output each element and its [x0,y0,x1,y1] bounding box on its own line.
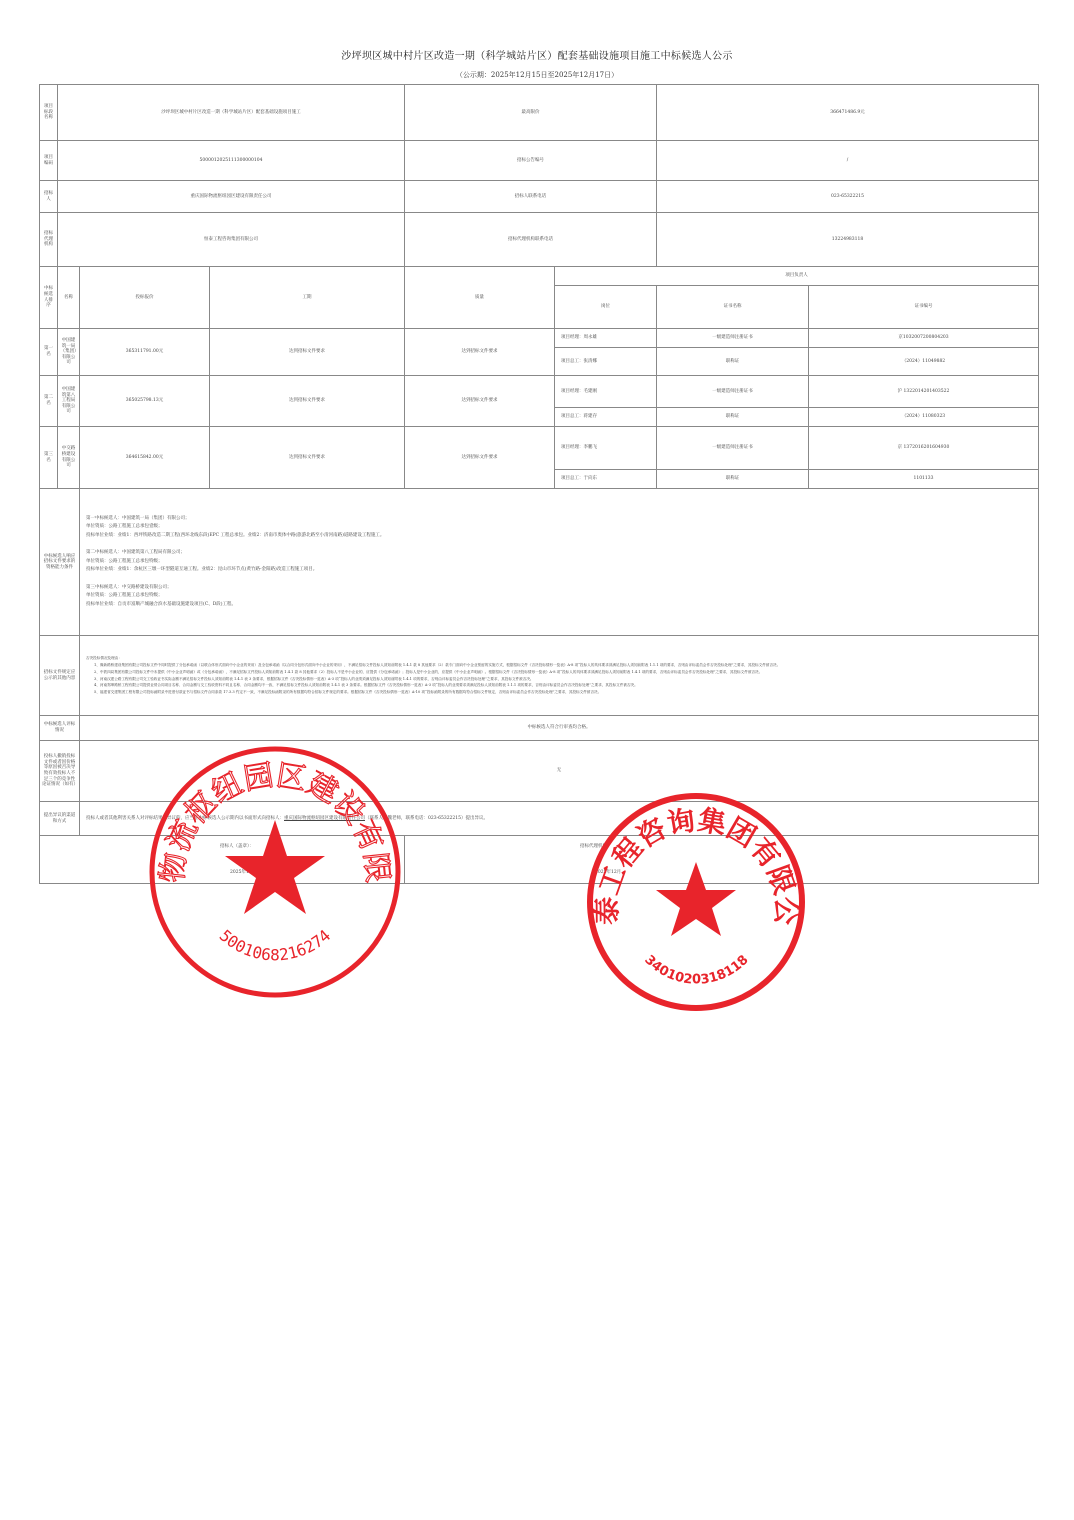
candidate-row: 第一名 中国建筑一局（集团）有限公司 365311791.00元 达到招标文件要… [40,329,1039,348]
candidates-header-row1: 中标候选人排序 名称 投标报价 工期 质量 项目负责人 [40,267,1039,286]
info-label2: 招标人联系电话 [405,181,657,213]
agency-date: 2025年12月 [595,870,621,876]
staff-position: 项目经理：李鹏飞 [555,427,657,470]
staff-cert-name: 职称证 [657,408,809,427]
info-value: 沙坪坝区城中村片区改造一期（科学城站片区）配套基础设施项目施工 [58,85,405,141]
qualification-content: 第一中标候选人：中国建筑一局（集团）有限公司； 单位资质：公路工程施工总承包壹级… [80,489,1039,636]
staff-cert-no: 京 1372016201604930 [809,427,1039,470]
seal-code-text: 5001068216274 [216,926,335,965]
info-value: 5000012025111300000104 [58,141,405,181]
candidate-quality: 达到招标文件要求 [405,376,555,427]
qual-line: 单位资质：公路工程施工总承包壹级； [86,523,1036,532]
info-value: 重庆国际物流枢纽园区建设有限责任公司 [58,181,405,213]
objection-label: 提出异议的渠道和方式 [40,802,80,836]
info-label: 招标代理机构 [40,213,58,267]
candidate-bid-price: 364615842.00元 [80,427,210,489]
evaluation-row: 中标候选人评标情况 中标候选人符合行审查均合格。 [40,716,1039,741]
page-title: 沙坪坝区城中村片区改造一期（科学城站片区）配套基础设施项目施工中标候选人公示 [0,47,1074,62]
staff-cert-name: 一级建造师注册证书 [657,376,809,408]
svg-text:5001068216274: 5001068216274 [216,926,335,965]
adjustment-row: 投标人撤销投标文件或者因价格等原因被否决导致有效投标人不足三个的竞争性论证情况（… [40,741,1039,802]
staff-cert-no: 1101133 [809,470,1039,489]
staff-cert-no: 京1032007200804203 [809,329,1039,348]
tenderer-name-link: 重庆国际物流枢纽园区建设有限责任公司 [284,816,365,821]
staff-position: 项目总工：张清娜 [555,348,657,376]
qualification-row: 中标候选人响应招标文件要求的资格能力条件 第一中标候选人：中国建筑一局（集团）有… [40,489,1039,636]
info-label2: 最高限价 [405,85,657,141]
objection-content: 投标人或者其他利害关系人对评标结果有异议的，应当在中标候选人公示期内以书面形式向… [80,802,1039,836]
info-value: 恒泰工程咨询集团有限公司 [58,213,405,267]
qual-line: 投标单位业绩：自贡市富顺产城融合滨水基础设施建设项目(C、D段)工程。 [86,601,1036,610]
seal-code-text: 3401020318118 [641,953,751,988]
announcement-table: 项目标段名称 沙坪坝区城中村片区改造一期（科学城站片区）配套基础设施项目施工 最… [39,84,1039,884]
rank-header: 中标候选人排序 [40,267,58,329]
tenderer-date: 2025年12月 [230,870,256,876]
info-row-project: 项目标段名称 沙坪坝区城中村片区改造一期（科学城站片区）配套基础设施项目施工 最… [40,85,1039,141]
candidate-row: 第三名 中交路桥建设有限公司 364615842.00元 达到招标文件要求 达到… [40,427,1039,470]
quality-header: 质量 [405,267,555,329]
info-label: 项目编码 [40,141,58,181]
candidate-row: 第二名 中国建筑第八工程局有限公司 365025798.13元 达到招标文件要求… [40,376,1039,408]
rejection-item: 4、河南郑坤路桥工程有限公司提供业绩合同项目名称、合同金额与交工验收资料不同且名… [86,682,1036,689]
qual-line: 第三中标候选人：中交路桥建设有限公司； [86,584,1036,593]
rejection-item: 5、福建省交建集团工程有限公司投标函附录中进度付款证书与招标文件合同条款 17.… [86,689,1036,696]
adjustment-label: 投标人撤销投标文件或者因价格等原因被否决导致有效投标人不足三个的竞争性论证情况（… [40,741,80,802]
qual-line: 单位资质：公路工程施工总承包特级； [86,558,1036,567]
candidate-duration: 达到招标文件要求 [210,329,405,376]
info-label: 项目标段名称 [40,85,58,141]
info-row-tenderer: 招标人 重庆国际物流枢纽园区建设有限责任公司 招标人联系电话 023-65322… [40,181,1039,213]
candidate-name: 中交路桥建设有限公司 [58,427,80,489]
cert-no-header: 证书编号 [809,286,1039,329]
bid-price-header: 投标报价 [80,267,210,329]
rejection-row: 招标文件规定应公示的其他内容 否决投标情况及理由： 1、豫新路桥建设集团有限公司… [40,636,1039,716]
staff-cert-no: （2024）11080323 [809,408,1039,427]
qual-line: 投标单位业绩：业绩1：西坪铁路改造二期工程(西环北线东段)EPC 工程总承包。业… [86,532,1036,541]
staff-cert-name: 一级建造师注册证书 [657,329,809,348]
candidate-quality: 达到招标文件要求 [405,427,555,489]
tenderer-seal-label: 招标人（盖章）： [220,844,254,850]
info-row-agency: 招标代理机构 恒泰工程咨询集团有限公司 招标代理机构联系电话 132249831… [40,213,1039,267]
info-row-code: 项目编码 5000012025111300000104 招标公告编号 / [40,141,1039,181]
position-header: 岗位 [555,286,657,329]
name-header: 名称 [58,267,80,329]
info-value2: 023-65322215 [657,181,1039,213]
qual-line: 投标单位业绩：业绩1：余杭区三墩一环型隧道互通工程。业绩2：昆山市环节点(黄竹路… [86,566,1036,575]
tenderer-signature: 招标人（盖章）： 2025年12月 [40,836,405,884]
staff-cert-name: 职称证 [657,348,809,376]
qual-line: 第二中标候选人：中国建筑第八工程局有限公司； [86,549,1036,558]
qual-line: 单位资质：公路工程施工总承包特级； [86,592,1036,601]
agency-seal-label: 招标代理机构 [580,844,607,850]
duration-header: 工期 [210,267,405,329]
info-label2: 招标公告编号 [405,141,657,181]
candidate-name: 中国建筑一局（集团）有限公司 [58,329,80,376]
objection-text: （联系人：魏老师，联系电话：023-65322215）提出异议。 [365,816,488,821]
manager-group-header: 项目负责人 [555,267,1039,286]
candidate-quality: 达到招标文件要求 [405,329,555,376]
evaluation-label: 中标候选人评标情况 [40,716,80,741]
rejection-item: 1、豫新路桥建设集团有限公司投标文件中同时提供了分包承诺函（以联合体形式面向中小… [86,662,1036,669]
rejection-item: 2、中铁四局集团有限公司投标文件中未提供《中小企业声明函》或《分包承诺函》，不满… [86,669,1036,676]
adjustment-value: 无 [80,741,1039,802]
publicity-period: （公示期：2025年12月15日至2025年12月17日） [0,70,1074,80]
candidate-rank: 第一名 [40,329,58,376]
info-label: 招标人 [40,181,58,213]
staff-position: 项目总工：蒋建存 [555,408,657,427]
staff-cert-name: 一级建造师注册证书 [657,427,809,470]
info-value2: 366471486.9元 [657,85,1039,141]
staff-position: 项目经理：毛建刚 [555,376,657,408]
info-value2: / [657,141,1039,181]
candidate-rank: 第三名 [40,427,58,489]
svg-text:3401020318118: 3401020318118 [641,953,751,988]
rejection-item: 3、河南汉建公路工程有限公司交工验收证书实际金额不满足招标文件投标人须知前附表 … [86,676,1036,683]
staff-cert-no: （2024）11049882 [809,348,1039,376]
staff-position: 项目经理：周永雄 [555,329,657,348]
info-label2: 招标代理机构联系电话 [405,213,657,267]
candidate-bid-price: 365311791.00元 [80,329,210,376]
candidate-bid-price: 365025798.13元 [80,376,210,427]
agency-signature: 招标代理机构 2025年12月 [405,836,1039,884]
staff-position: 项目总工：于向东 [555,470,657,489]
rejection-label: 招标文件规定应公示的其他内容 [40,636,80,716]
qual-line: 第一中标候选人：中国建筑一局（集团）有限公司； [86,515,1036,524]
rejection-intro: 否决投标情况及理由： [86,655,1036,662]
signature-row: 招标人（盖章）： 2025年12月 招标代理机构 2025年12月 [40,836,1039,884]
info-value2: 13224983118 [657,213,1039,267]
qualification-label: 中标候选人响应招标文件要求的资格能力条件 [40,489,80,636]
staff-cert-no: 沪 1322014201403522 [809,376,1039,408]
candidate-duration: 达到招标文件要求 [210,427,405,489]
objection-row: 提出异议的渠道和方式 投标人或者其他利害关系人对评标结果有异议的，应当在中标候选… [40,802,1039,836]
rejection-content: 否决投标情况及理由： 1、豫新路桥建设集团有限公司投标文件中同时提供了分包承诺函… [80,636,1039,716]
evaluation-value: 中标候选人符合行审查均合格。 [80,716,1039,741]
objection-text: 投标人或者其他利害关系人对评标结果有异议的，应当在中标候选人公示期内以书面形式向… [86,816,284,821]
candidate-duration: 达到招标文件要求 [210,376,405,427]
cert-name-header: 证书名称 [657,286,809,329]
staff-cert-name: 职称证 [657,470,809,489]
candidate-rank: 第二名 [40,376,58,427]
candidate-name: 中国建筑第八工程局有限公司 [58,376,80,427]
